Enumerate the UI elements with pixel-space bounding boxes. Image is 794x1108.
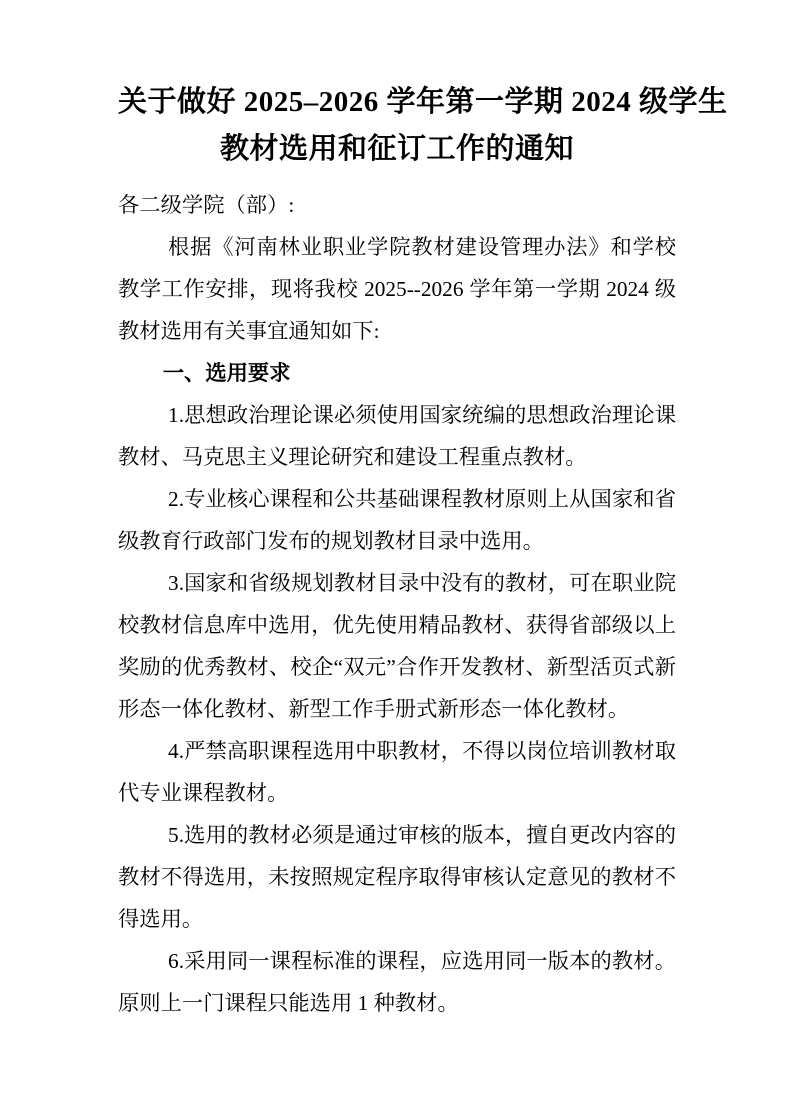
requirement-item-3: 3.国家和省级规划教材目录中没有的教材，可在职业院校教材信息库中选用，优先使用精… (118, 562, 676, 730)
requirement-item-6: 6.采用同一课程标准的课程，应选用同一版本的教材。原则上一门课程只能选用 1 种… (118, 940, 676, 1024)
requirement-item-5: 5.选用的教材必须是通过审核的版本，擅自更改内容的教材不得选用，未按照规定程序取… (118, 814, 676, 940)
salutation: 各二级学院（部）: (118, 184, 676, 226)
document-title: 关于做好 2025–2026 学年第一学期 2024 级学生 教材选用和征订工作… (118, 79, 676, 173)
title-line-2: 教材选用和征订工作的通知 (118, 126, 676, 173)
requirement-item-1: 1.思想政治理论课必须使用国家统编的思想政治理论课教材、马克思主义理论研究和建设… (118, 394, 676, 478)
requirement-item-4: 4.严禁高职课程选用中职教材，不得以岗位培训教材取代专业课程教材。 (118, 730, 676, 814)
document-page: 关于做好 2025–2026 学年第一学期 2024 级学生 教材选用和征订工作… (0, 0, 794, 1108)
requirement-item-2: 2.专业核心课程和公共基础课程教材原则上从国家和省级教育行政部门发布的规划教材目… (118, 478, 676, 562)
intro-paragraph: 根据《河南林业职业学院教材建设管理办法》和学校教学工作安排，现将我校 2025-… (118, 226, 676, 352)
title-line-1: 关于做好 2025–2026 学年第一学期 2024 级学生 (118, 79, 676, 126)
section-heading-selection-requirements: 一、选用要求 (118, 352, 676, 394)
